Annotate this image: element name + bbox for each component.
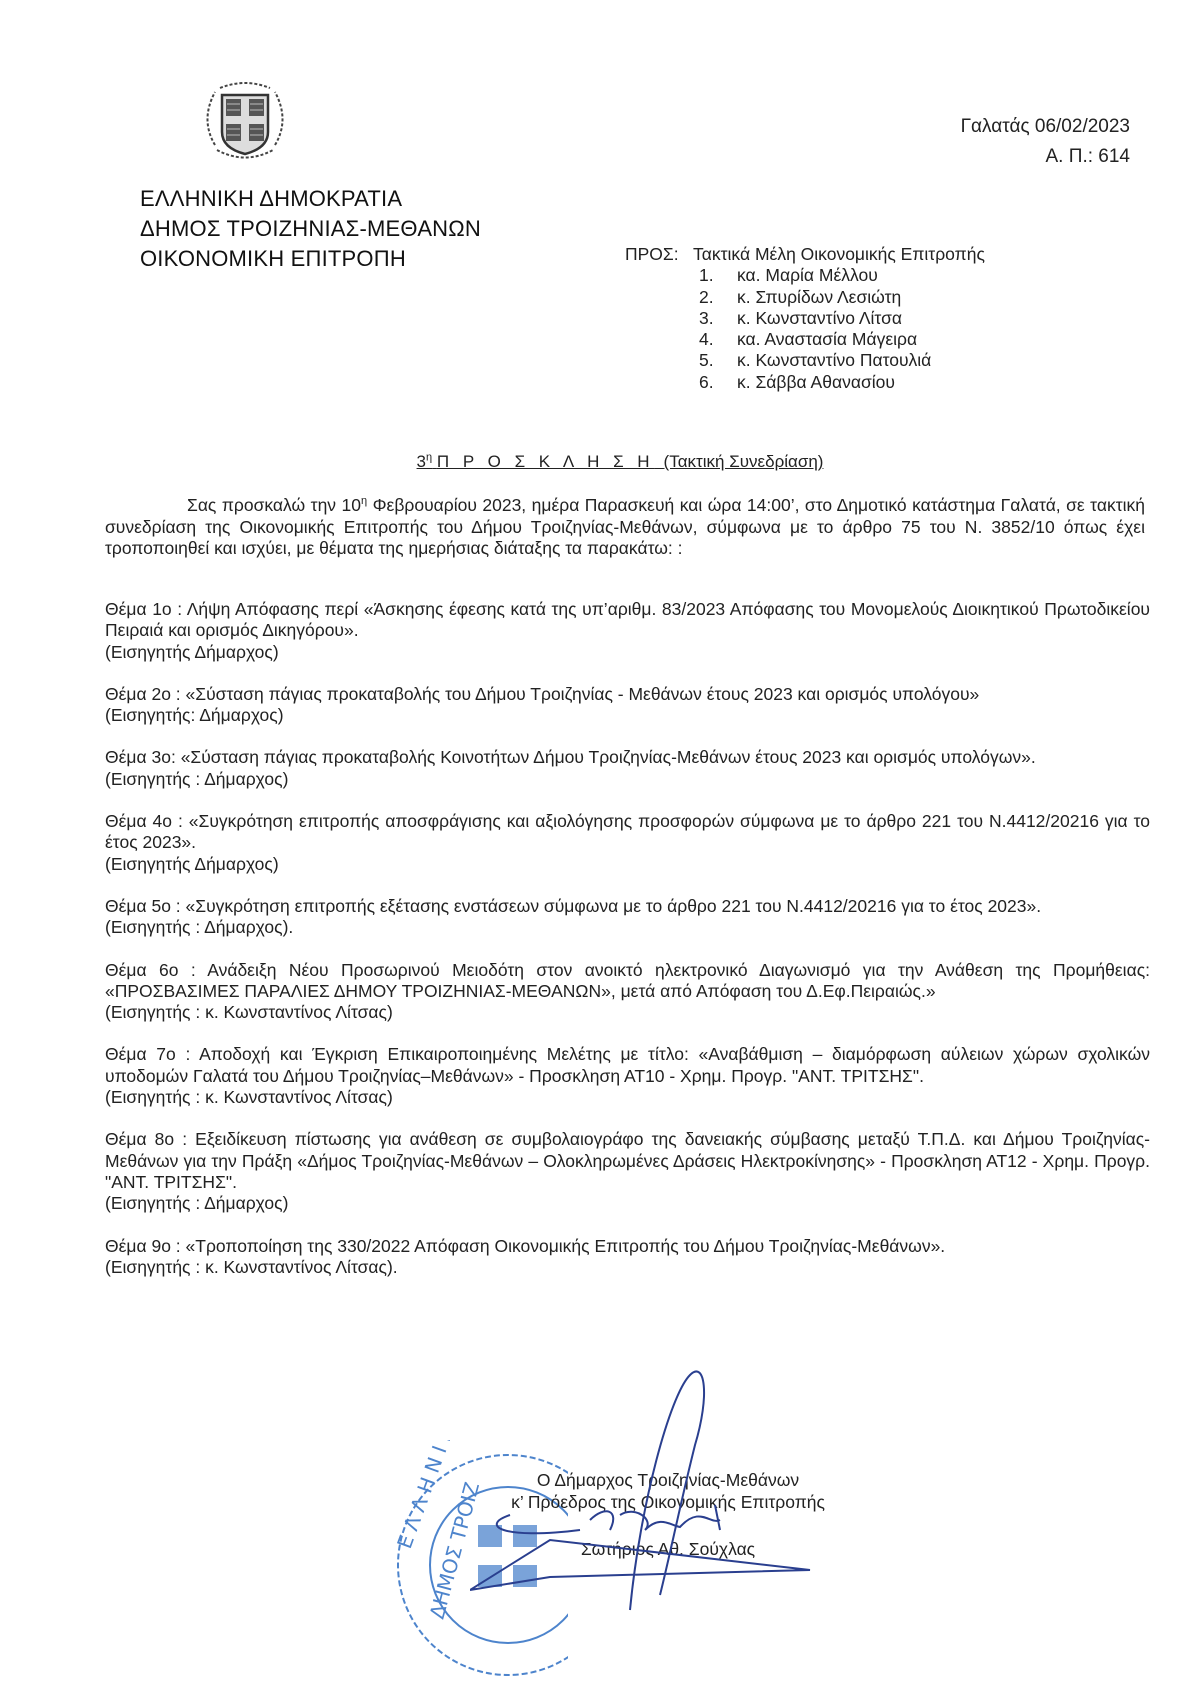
agenda-item-rapporteur: (Εισηγητής : κ. Κωνσταντίνος Λίτσας) [105, 1087, 1150, 1108]
recipients-label: ΠΡΟΣ: [625, 244, 693, 265]
recipient-item: 6.κ. Σάββα Αθανασίου [699, 372, 985, 393]
agenda-item: Θέμα 6ο : Ανάδειξη Νέου Προσωρινού Μειοδ… [105, 960, 1150, 1024]
agenda-item: Θέμα 2ο : «Σύσταση πάγιας προκαταβολής τ… [105, 684, 1150, 727]
document-title: 3η Π Ρ Ο Σ Κ Λ Η Σ Η (Τακτική Συνεδρίαση… [0, 452, 1200, 472]
place-date: Γαλατάς 06/02/2023 [961, 112, 1130, 142]
recipient-name: κα. Αναστασία Μάγειρα [737, 329, 917, 350]
agenda-item: Θέμα 5ο : «Συγκρότηση επιτροπής εξέτασης… [105, 896, 1150, 939]
agenda-item-label: Θέμα 1ο : [105, 599, 182, 619]
agenda-item: Θέμα 1ο : Λήψη Απόφασης περί «Άσκησης έφ… [105, 599, 1150, 663]
agenda-item-rapporteur: (Εισηγητής Δήμαρχος) [105, 854, 1150, 875]
agenda-item-text: «Σύσταση πάγιας προκαταβολής του Δήμου Τ… [186, 684, 980, 704]
greek-state-emblem-icon [195, 70, 295, 170]
agenda-item: Θέμα 9ο : «Τροποποίηση της 330/2022 Απόφ… [105, 1236, 1150, 1279]
org-line: ΕΛΛΗΝΙΚΗ ΔΗΜΟΚΡΑΤΙΑ [140, 184, 481, 214]
agenda-item-label: Θέμα 4ο : [105, 811, 183, 831]
agenda-item-label: Θέμα 6ο : [105, 960, 196, 980]
title-word: Π Ρ Ο Σ Κ Λ Η Σ Η [437, 452, 654, 471]
recipient-list: 1.κα. Μαρία Μέλλου2.κ. Σπυρίδων Λεσιώτη3… [699, 265, 985, 393]
title-ordinal-suffix: η [426, 451, 432, 463]
protocol-number: Α. Π.: 614 [961, 142, 1130, 172]
recipient-number: 5. [699, 350, 737, 371]
agenda-item-text: «Σύσταση πάγιας προκαταβολής Κοινοτήτων … [181, 747, 1036, 767]
recipient-item: 5.κ. Κωνσταντίνο Πατουλιά [699, 350, 985, 371]
agenda-item-text: Ανάδειξη Νέου Προσωρινού Μειοδότη στον α… [105, 960, 1150, 1001]
agenda-item-text: «Συγκρότηση επιτροπής εξέτασης ενστάσεων… [186, 896, 1042, 916]
agenda-item-text: «Τροποποίηση της 330/2022 Απόφαση Οικονο… [186, 1236, 946, 1256]
recipient-number: 6. [699, 372, 737, 393]
recipient-name: κ. Κωνσταντίνο Πατουλιά [737, 350, 931, 371]
recipient-item: 2.κ. Σπυρίδων Λεσιώτη [699, 287, 985, 308]
recipient-item: 4.κα. Αναστασία Μάγειρα [699, 329, 985, 350]
agenda-item-rapporteur: (Εισηγητής Δήμαρχος) [105, 642, 1150, 663]
recipient-name: κ. Σάββα Αθανασίου [737, 372, 895, 393]
recipient-number: 2. [699, 287, 737, 308]
agenda-item-rapporteur: (Εισηγητής : κ. Κωνσταντίνος Λίτσας) [105, 1002, 1150, 1023]
agenda-item-label: Θέμα 7ο : [105, 1044, 190, 1064]
recipient-item: 1.κα. Μαρία Μέλλου [699, 265, 985, 286]
agenda-item-label: Θέμα 5ο : [105, 896, 181, 916]
agenda-item: Θέμα 7ο : Αποδοχή και Έγκριση Επικαιροπο… [105, 1044, 1150, 1108]
agenda-items: Θέμα 1ο : Λήψη Απόφασης περί «Άσκησης έφ… [105, 599, 1150, 1299]
recipient-name: κα. Μαρία Μέλλου [737, 265, 878, 286]
agenda-item-label: Θέμα 3ο: [105, 747, 176, 767]
org-line: ΟΙΚΟΝΟΜΙΚΗ ΕΠΙΤΡΟΠΗ [140, 244, 481, 274]
agenda-item-text: «Συγκρότηση επιτροπής αποσφράγισης και α… [105, 811, 1150, 852]
recipient-item: 3.κ. Κωνσταντίνο Λίτσα [699, 308, 985, 329]
recipient-number: 4. [699, 329, 737, 350]
intro-text-1: Σας προσκαλώ την 10 [187, 495, 361, 515]
agenda-item: Θέμα 4ο : «Συγκρότηση επιτροπής αποσφράγ… [105, 811, 1150, 875]
agenda-item-label: Θέμα 2ο : [105, 684, 181, 704]
title-ordinal: 3 [417, 452, 426, 471]
agenda-item-rapporteur: (Εισηγητής : Δήμαρχος) [105, 1193, 1150, 1214]
handwritten-signature-icon [470, 1355, 870, 1615]
agenda-item-text: Λήψη Απόφασης περί «Άσκησης έφεσης κατά … [105, 599, 1150, 640]
recipient-name: κ. Κωνσταντίνο Λίτσα [737, 308, 902, 329]
recipient-number: 3. [699, 308, 737, 329]
agenda-item-rapporteur: (Εισηγητής : Δήμαρχος). [105, 917, 1150, 938]
agenda-item: Θέμα 8ο : Εξειδίκευση πίστωσης για ανάθε… [105, 1129, 1150, 1214]
agenda-item-text: Αποδοχή και Έγκριση Επικαιροποιημένης Με… [105, 1044, 1150, 1085]
recipient-name: κ. Σπυρίδων Λεσιώτη [737, 287, 901, 308]
recipient-number: 1. [699, 265, 737, 286]
agenda-item-label: Θέμα 8ο : [105, 1129, 187, 1149]
agenda-item-rapporteur: (Εισηγητής : Δήμαρχος) [105, 769, 1150, 790]
agenda-item-text: Εξειδίκευση πίστωσης για ανάθεση σε συμβ… [105, 1129, 1150, 1192]
date-protocol-block: Γαλατάς 06/02/2023 Α. Π.: 614 [961, 112, 1130, 172]
recipients-heading: Τακτικά Μέλη Οικονομικής Επιτροπής [693, 244, 985, 265]
organization-header: ΕΛΛΗΝΙΚΗ ΔΗΜΟΚΡΑΤΙΑ ΔΗΜΟΣ ΤΡΟΙΖΗΝΙΑΣ-ΜΕΘ… [140, 184, 481, 274]
recipients-block: ΠΡΟΣ: Τακτικά Μέλη Οικονομικής Επιτροπής… [625, 244, 985, 393]
agenda-item-rapporteur: (Εισηγητής : κ. Κωνσταντίνος Λίτσας). [105, 1257, 1150, 1278]
org-line: ΔΗΜΟΣ ΤΡΟΙΖΗΝΙΑΣ-ΜΕΘΑΝΩΝ [140, 214, 481, 244]
agenda-item-label: Θέμα 9ο : [105, 1236, 181, 1256]
agenda-item-rapporteur: (Εισηγητής: Δήμαρχος) [105, 705, 1150, 726]
intro-paragraph: Σας προσκαλώ την 10η Φεβρουαρίου 2023, η… [105, 495, 1145, 560]
agenda-item: Θέμα 3ο: «Σύσταση πάγιας προκαταβολής Κο… [105, 747, 1150, 790]
title-subtitle: (Τακτική Συνεδρίαση) [664, 452, 824, 471]
